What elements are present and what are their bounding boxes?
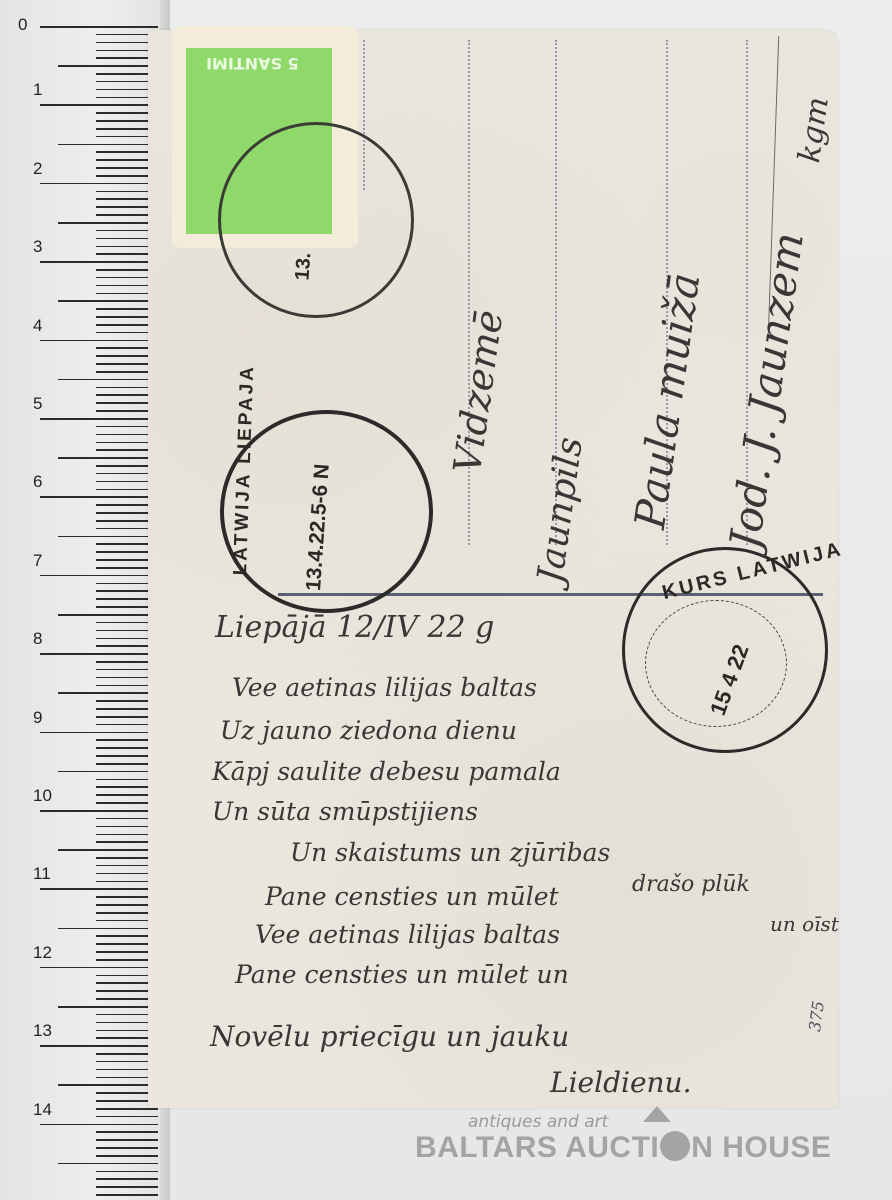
stamp-denomination: 5 SANTIMI: [206, 54, 299, 73]
ruler-tick: [58, 144, 158, 146]
ruler-tick: [40, 1045, 158, 1047]
ruler-tick: [40, 732, 158, 734]
watermark-brand-part2: N HOUSE: [691, 1131, 831, 1164]
ruler-label: 2: [33, 159, 42, 179]
message-dateline: Liepājā 12/IV 22 g: [215, 610, 494, 645]
ruler-label: 0: [18, 15, 27, 35]
message-signoff: Lieldienu.: [550, 1066, 692, 1099]
ruler-label: 6: [33, 472, 42, 492]
ruler-label: 8: [33, 629, 42, 649]
ruler-tick: [40, 653, 158, 655]
ruler-label: 9: [33, 708, 42, 728]
ruler-tick: [40, 26, 158, 28]
message-line: Pane censties un mūlet un: [235, 960, 569, 989]
message-interlinear: un oīst: [770, 912, 839, 936]
ruler-tick: [58, 457, 158, 459]
ruler-label: 5: [33, 394, 42, 414]
ruler-tick: [58, 379, 158, 381]
ruler-tick: [40, 967, 158, 969]
ruler-tick: [58, 1084, 158, 1086]
message-line: Un sūta smūpstijiens: [212, 797, 478, 826]
crown-icon: [643, 1106, 671, 1122]
ruler-label: 12: [33, 943, 52, 963]
crown-logo-icon: [660, 1131, 690, 1161]
message-line: Uz jauno ziedona dienu: [220, 716, 517, 745]
message-line: Novēlu priecīgu un jauku: [210, 1020, 569, 1053]
ruler-tick: [96, 1171, 158, 1173]
ruler-label: 11: [33, 864, 51, 884]
ruler-label: 7: [33, 551, 42, 571]
message-line: Vee aetinas lilijas baltas: [232, 673, 537, 702]
ruler-label: 4: [33, 316, 42, 336]
ruler-tick: [58, 1006, 158, 1008]
message-line: Pane censties un mūlet: [265, 882, 559, 911]
ruler-tick: [58, 849, 158, 851]
ruler-tick: [96, 1194, 158, 1196]
ruler-tick: [58, 222, 158, 224]
ruler-tick: [96, 1116, 158, 1118]
ruler-tick: [40, 104, 158, 106]
ruler-tick: [58, 928, 158, 930]
ruler-tick: [40, 261, 158, 263]
ruler-tick: [58, 65, 158, 67]
ruler-tick: [96, 1155, 158, 1157]
ruler-tick: [40, 575, 158, 577]
ruler-tick: [58, 771, 158, 773]
ruler-label: 13: [33, 1021, 52, 1041]
watermark-tagline: antiques and art: [468, 1112, 608, 1132]
ruler-tick: [96, 1108, 158, 1110]
message-line: Un skaistums un zjūribas: [290, 838, 610, 867]
ruler-tick: [40, 888, 158, 890]
watermark-brand: BALTARS AUCTIN HOUSE: [415, 1131, 831, 1165]
message-line: Vee aetinas lilijas baltas: [255, 920, 560, 949]
stamp-cancel-postmark: [218, 122, 414, 318]
message-line: Kāpj saulite debesu pamala: [212, 757, 561, 786]
ruler-tick: [58, 1163, 158, 1165]
watermark-brand-part1: BALTARS AUCTI: [415, 1131, 659, 1164]
ruler-tick: [96, 1131, 158, 1133]
ruler-tick: [58, 300, 158, 302]
ruler-label: 1: [33, 80, 42, 100]
ruler-tick: [58, 614, 158, 616]
ruler-tick: [40, 183, 158, 185]
ruler-label: 14: [33, 1100, 52, 1120]
ruler: 01234567891011121314: [0, 0, 168, 1200]
ruler-tick: [96, 1186, 158, 1188]
ruler-label: 3: [33, 237, 42, 257]
ruler-tick: [96, 1147, 158, 1149]
ruler-tick: [40, 340, 158, 342]
ruler-tick: [58, 536, 158, 538]
ruler-tick: [96, 1139, 158, 1141]
ruler-tick: [40, 810, 158, 812]
ruler-tick: [40, 418, 158, 420]
message-interlinear: drašo plūk: [632, 872, 750, 897]
ruler-tick: [96, 1178, 158, 1180]
ruler-tick: [58, 692, 158, 694]
ruler-tick: [40, 1124, 158, 1126]
ruler-tick: [40, 496, 158, 498]
stamp-cancel-date: 13.: [291, 252, 316, 281]
ruler-label: 10: [33, 786, 52, 806]
